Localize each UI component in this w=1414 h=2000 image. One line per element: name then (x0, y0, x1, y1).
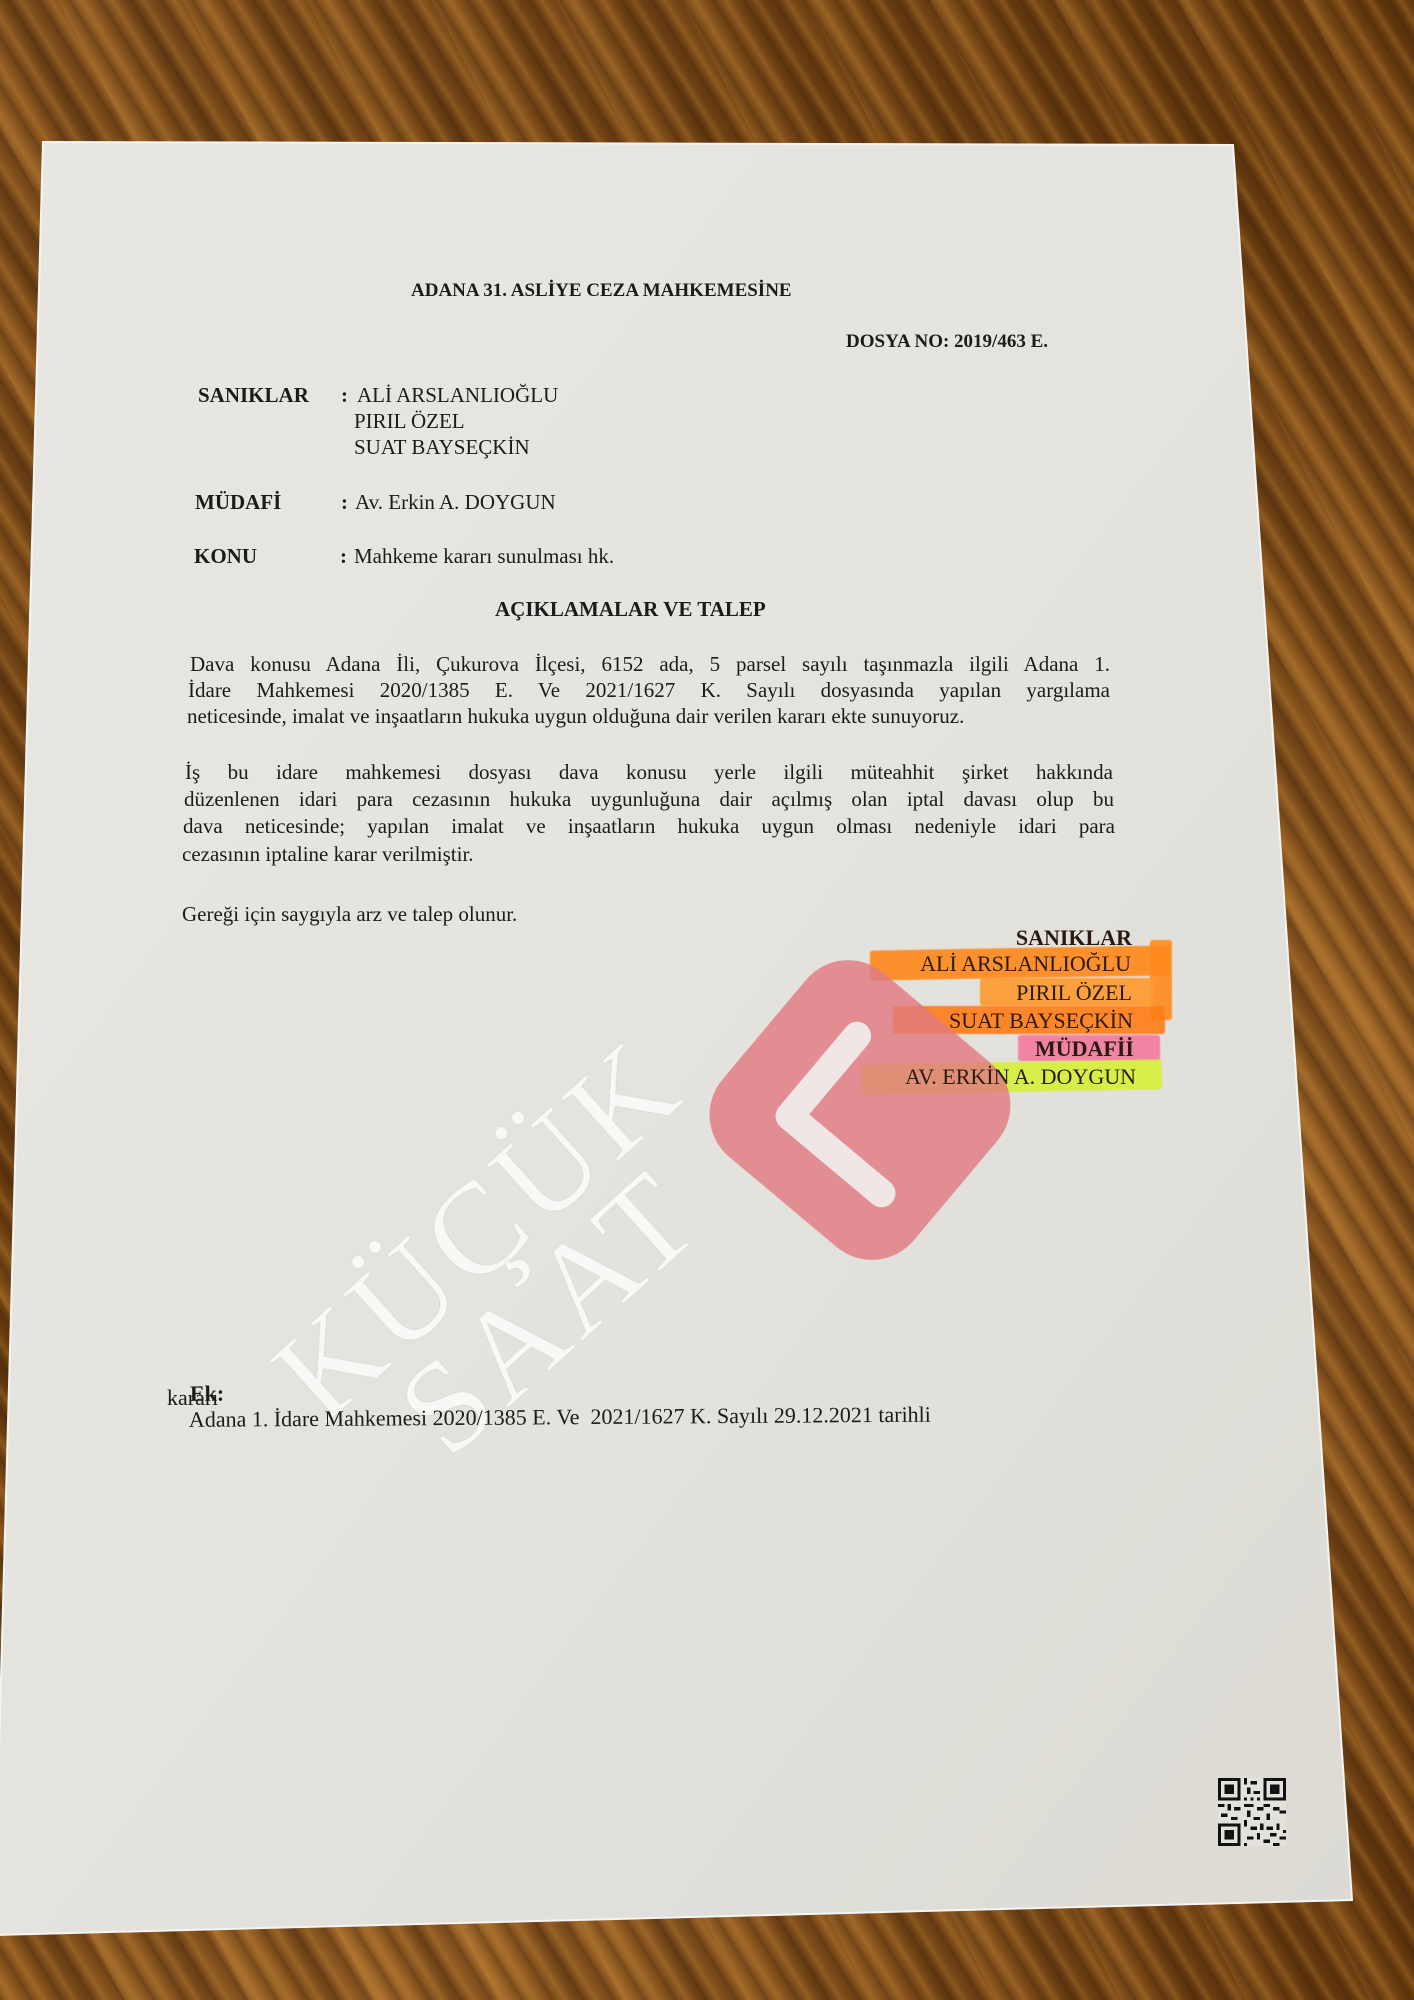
paragraph-line: neticesinde, imalat ve inşaatların hukuk… (187, 704, 964, 729)
defendants-label: SANIKLAR (198, 383, 309, 408)
subject-separator: : (340, 544, 347, 569)
file-number: DOSYA NO: 2019/463 E. (846, 331, 1048, 353)
qr-code-icon (1218, 1778, 1286, 1846)
subject-text: Mahkeme kararı sunulması hk. (354, 544, 614, 569)
document: ADANA 31. ASLİYE CEZA MAHKEMESİNE DOSYA … (0, 0, 1414, 2000)
signature-defendant-name: PIRIL ÖZEL (1016, 980, 1132, 1006)
subject-label: KONU (194, 544, 257, 569)
signature-defendant-name: ALİ ARSLANLIOĞLU (920, 951, 1131, 977)
paragraph-line: dava neticesinde; yapılan imalat ve inşa… (183, 814, 1115, 839)
counsel-separator: : (341, 490, 348, 515)
court-heading: ADANA 31. ASLİYE CEZA MAHKEMESİNE (411, 280, 792, 302)
defendant-name: ALİ ARSLANLIOĞLU (357, 383, 558, 408)
attachment-line-2: kararı (167, 1385, 218, 1411)
counsel-label: MÜDAFİ (195, 490, 281, 515)
defendant-name: PIRIL ÖZEL (354, 409, 465, 434)
signature-counsel-name: AV. ERKİN A. DOYGUN (905, 1064, 1136, 1090)
signature-defendant-name: SUAT BAYSEÇKİN (949, 1008, 1133, 1034)
paragraph-line: cezasının iptaline karar verilmiştir. (182, 842, 474, 867)
signature-counsel-label: MÜDAFİİ (1035, 1036, 1134, 1062)
paragraph-line: İş bu idare mahkemesi dosyası dava konus… (185, 760, 1113, 785)
defendants-separator: : (341, 383, 348, 408)
defendant-name: SUAT BAYSEÇKİN (354, 435, 530, 460)
section-title: AÇIKLAMALAR VE TALEP (495, 597, 766, 622)
paragraph-line: İdare Mahkemesi 2020/1385 E. Ve 2021/162… (188, 678, 1110, 703)
signature-defendants-label: SANIKLAR (1016, 925, 1132, 951)
clock-check-logo-icon (700, 960, 1020, 1260)
closing-line: Gereği için saygıyla arz ve talep olunur… (182, 902, 517, 927)
attachment-line: Ek: Adana 1. İdare Mahkemesi 2020/1385 E… (168, 1350, 931, 1459)
attachment-text: Adana 1. İdare Mahkemesi 2020/1385 E. Ve… (189, 1402, 931, 1432)
counsel-name: Av. Erkin A. DOYGUN (355, 490, 556, 515)
paragraph-line: Dava konusu Adana İli, Çukurova İlçesi, … (190, 652, 1110, 677)
paragraph-line: düzenlenen idari para cezasının hukuka u… (184, 787, 1114, 812)
